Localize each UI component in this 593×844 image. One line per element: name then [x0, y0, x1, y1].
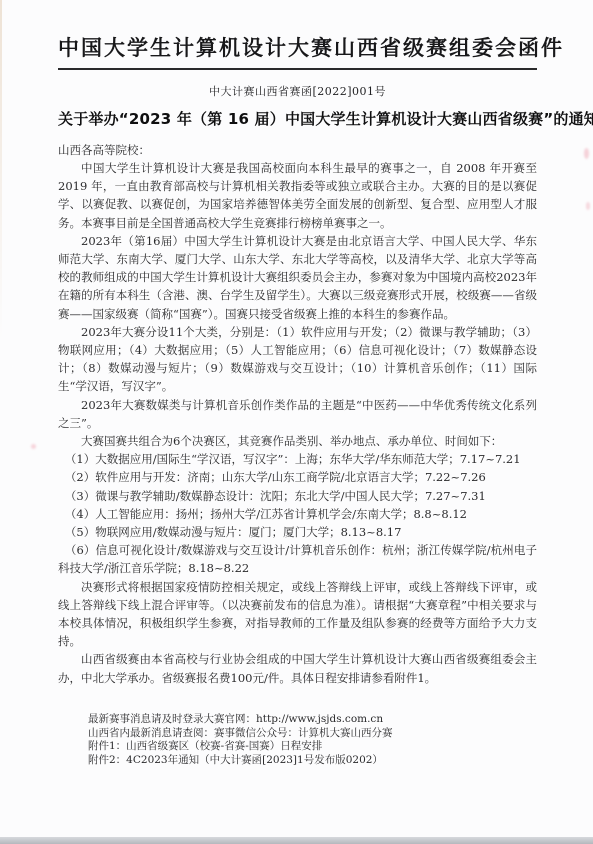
scan-edge-artifact-left	[0, 0, 2, 340]
salutation: 山西各高等院校：	[58, 141, 537, 159]
paragraph: （3）微课与教学辅助/数媒静态设计：沈阳；东北大学/中国人民大学；7.27~7.…	[58, 487, 537, 505]
letterhead-title: 中国大学生计算机设计大赛山西省级赛组委会函件	[58, 32, 537, 62]
footer-block: 最新赛事消息请及时登录大赛官网：http://www.jsjds.com.cn山…	[88, 713, 537, 768]
scan-speck-artifact	[584, 148, 589, 159]
letterhead-divider	[58, 68, 537, 70]
paragraph: （5）物联网应用/数媒动漫与短片：厦门；厦门大学；8.13~8.17	[58, 523, 537, 541]
document-body: 中国大学生计算机设计大赛是我国高校面向本科生最早的赛事之一，自 2008 年开赛…	[58, 159, 537, 687]
paragraph: （4）人工智能应用：扬州；扬州大学/江苏省计算机学会/东南大学；8.8~8.12	[58, 505, 537, 523]
scan-speck-artifact	[31, 444, 36, 449]
paragraph: （1）大数据应用/国际生“学汉语，写汉字”：上海；东华大学/华东师范大学；7.1…	[58, 450, 537, 468]
footer-line: 最新赛事消息请及时登录大赛官网：http://www.jsjds.com.cn	[88, 713, 537, 727]
footer-line: 附件2：4C2023年通知（中大计赛函[2023]1号发布版0202）	[88, 754, 537, 768]
scan-edge-artifact-bottom	[0, 837, 593, 844]
paragraph: （2）软件应用与开发：济南；山东大学/山东工商学院/北京语言大学；7.22~7.…	[58, 468, 537, 486]
footer-line: 山西省内最新消息请查阅：赛事微信公众号：计算机大赛山西分赛	[88, 727, 537, 741]
scan-speck-artifact	[586, 202, 590, 210]
scanned-document-page: 中国大学生计算机设计大赛山西省级赛组委会函件 中大计赛山西省赛函[2022]00…	[0, 0, 593, 844]
paragraph: 2023年大赛数媒类与计算机音乐创作类作品的主题是“中医药——中华优秀传统文化系…	[58, 396, 537, 432]
paragraph: 2023年大赛分设11个大类，分别是：（1）软件应用与开发；（2）微课与教学辅助…	[58, 323, 537, 396]
paragraph: 山西省级赛由本省高校与行业协会组成的中国大学生计算机设计大赛山西省级赛组委会主办…	[58, 650, 537, 686]
paragraph: 大赛国赛共组合为6个决赛区，其竞赛作品类别、举办地点、承办单位、时间如下：	[58, 432, 537, 450]
paragraph: 决赛形式将根据国家疫情防控相关规定，或线上答辩线上评审，或线上答辩线下评审，或线…	[58, 578, 537, 651]
paragraph: 中国大学生计算机设计大赛是我国高校面向本科生最早的赛事之一，自 2008 年开赛…	[58, 159, 537, 232]
document-number: 中大计赛山西省赛函[2022]001号	[58, 83, 537, 99]
footer-line: 附件1：山西省级赛区（校赛-省赛-国赛）日程安排	[88, 740, 537, 754]
notice-title: 关于举办“2023 年（第 16 届）中国大学生计算机设计大赛山西省级赛”的通知	[58, 108, 537, 129]
paragraph: （6）信息可视化设计/数媒游戏与交互设计/计算机音乐创作：杭州；浙江传媒学院/杭…	[58, 541, 537, 577]
paragraph: 2023年（第16届）中国大学生计算机设计大赛是由北京语言大学、中国人民大学、华…	[58, 232, 537, 323]
